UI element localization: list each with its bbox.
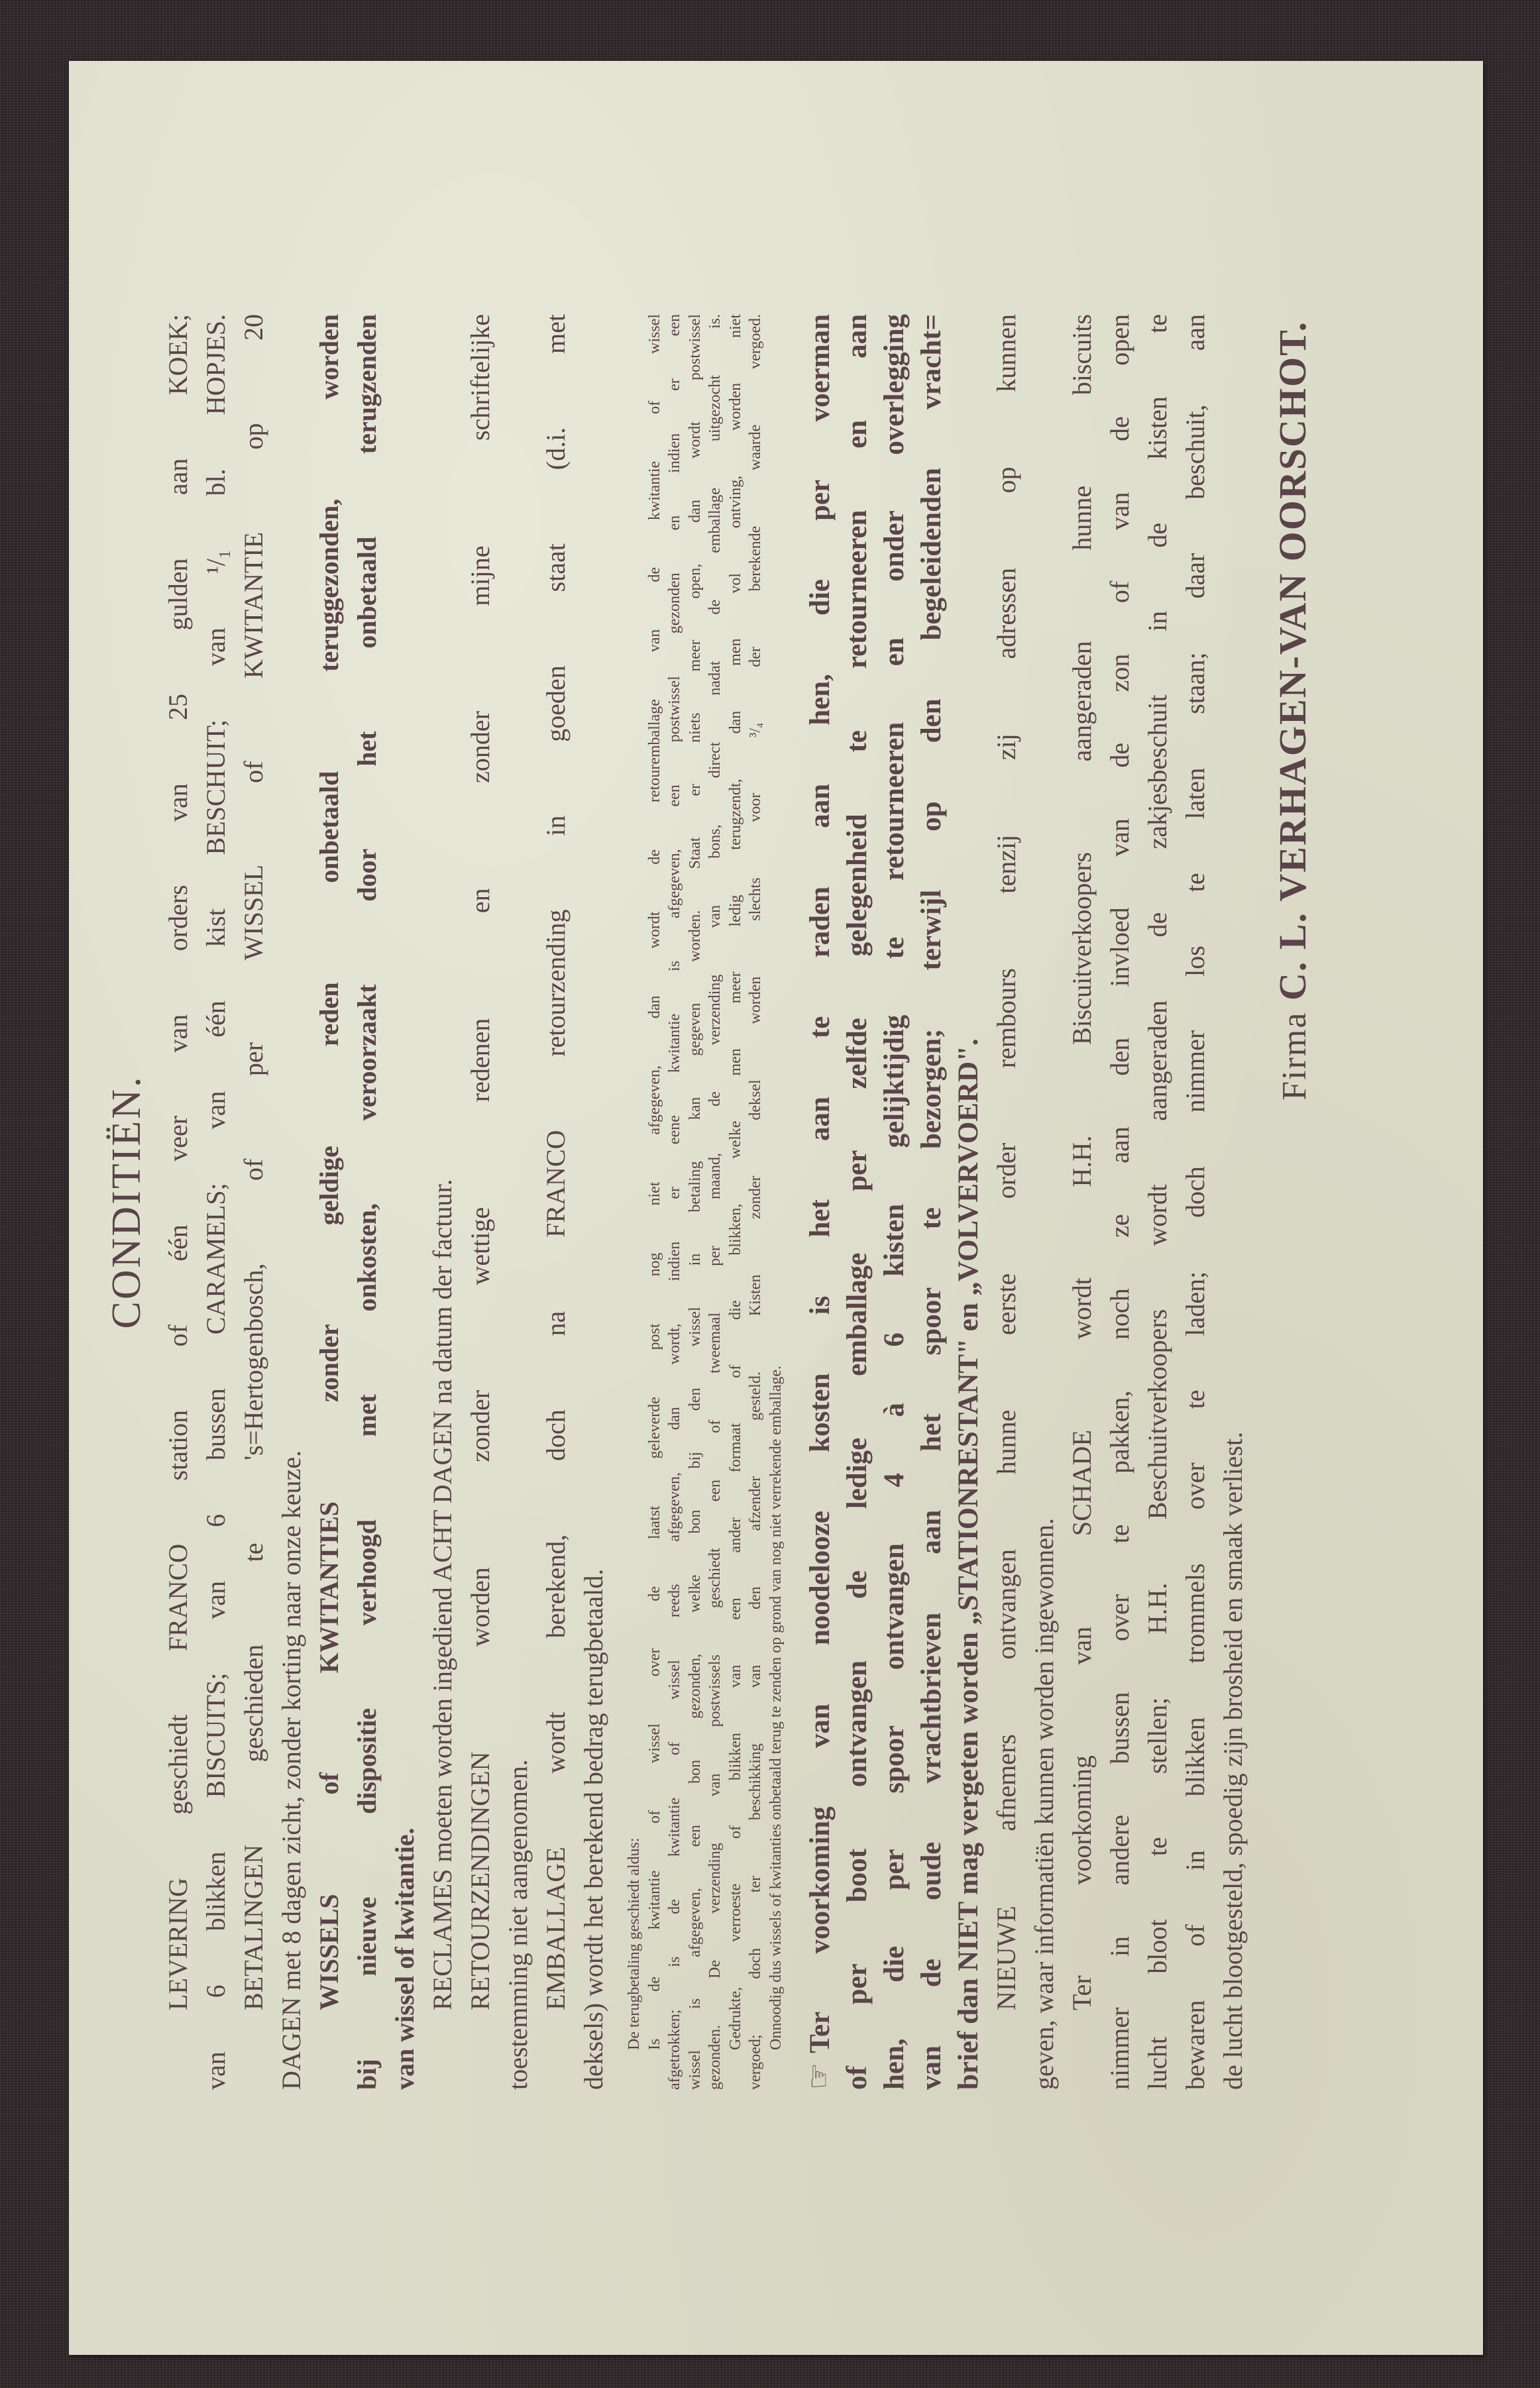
- paragraph-wissels: WISSELS of KWITANTIES zonder geldige red…: [310, 314, 423, 2090]
- text-line: BETALINGEN geschieden te 's=Hertogenbosc…: [235, 314, 272, 2090]
- signature-name: C. L. VERHAGEN-VAN OORSCHOT.: [1271, 321, 1314, 1001]
- text-line: LEVERING geschiedt FRANCO station of één…: [159, 314, 197, 2090]
- text-line: nimmer in andere bussen over te pakken, …: [1101, 314, 1138, 2090]
- signature: Firma C. L. VERHAGEN-VAN OORSCHOT.: [1270, 314, 1315, 2090]
- paragraph-levering: LEVERING geschiedt FRANCO station of één…: [159, 314, 235, 2090]
- text-line: Ter voorkoming van SCHADE wordt H.H. Bis…: [1063, 314, 1101, 2090]
- text-line: brief dan NIET mag vergeten worden „STAT…: [950, 314, 987, 2090]
- text-line: EMBALLAGE wordt berekend, doch na FRANCO…: [537, 314, 575, 2090]
- text-line: van 6 blikken BISCUITS; van 6 bussen CAR…: [197, 314, 235, 2090]
- text-line: toestemming niet aangenomen.: [499, 314, 537, 2090]
- small-text-line: vergoed; doch ter beschikking van den af…: [745, 314, 766, 2090]
- pointing-hand-icon: ☞: [800, 2063, 838, 2090]
- text-line: RETOURZENDINGEN worden zonder wettige re…: [461, 314, 499, 2090]
- text-line: DAGEN met 8 dagen zicht, zonder korting …: [272, 314, 310, 2090]
- text-line: van wissel of kwitantie.: [386, 314, 423, 2090]
- small-text-line: De terugbetaling geschiedt aldus:: [624, 314, 645, 2090]
- paragraph-reclames: RECLAMES moeten worden ingediend ACHT DA…: [423, 314, 461, 2090]
- text-line: geven, waar informatiën kunnen worden in…: [1025, 314, 1063, 2090]
- text-line: van de oude vrachtbrieven aan het spoor …: [913, 314, 950, 2090]
- text-line: of per boot ontvangen de ledige emballag…: [839, 314, 876, 2090]
- paragraph-emballage: EMBALLAGE wordt berekend, doch na FRANCO…: [537, 314, 612, 2090]
- text-line: RECLAMES moeten worden ingediend ACHT DA…: [423, 314, 461, 2090]
- text-line: de lucht blootgesteld, spoedig zijn bros…: [1214, 314, 1252, 2090]
- paragraph-terugbetaling: De terugbetaling geschiedt aldus: Is de …: [624, 314, 786, 2090]
- document-title: CONDITIËN.: [106, 314, 147, 2090]
- paragraph-retourzendingen: RETOURZENDINGEN worden zonder wettige re…: [461, 314, 537, 2090]
- text-line: lucht bloot te stellen; H.H. Beschuitver…: [1138, 314, 1176, 2090]
- paragraph-voorkoming: ☞Ter voorkoming van noodelooze kosten is…: [800, 314, 987, 2090]
- small-text-line: wissel is afgegeven, een bon gezonden, w…: [685, 314, 706, 2090]
- small-text-line: Onnoodig dus wissels of kwitanties onbet…: [766, 314, 787, 2090]
- text-line: NIEUWE afnemers ontvangen hunne eerste o…: [987, 314, 1025, 2090]
- small-text-line: gezonden. De verzending van postwissels …: [705, 314, 726, 2090]
- text-line: Ter voorkoming van noodelooze kosten is …: [804, 314, 836, 2053]
- text-line: WISSELS of KWITANTIES zonder geldige red…: [310, 314, 348, 2090]
- text-line: deksels) wordt het berekend bedrag terug…: [575, 314, 612, 2090]
- signature-firma: Firma: [1276, 1012, 1313, 1101]
- small-text-line: Gedrukte, verroeste of blikken van een a…: [726, 314, 746, 2090]
- text-line: hen, die per spoor ontvangen 4 à 6 kiste…: [876, 314, 913, 2090]
- small-text-line: Is de kwitantie of wissel over de laatst…: [645, 314, 665, 2090]
- text-line: bewaren of in blikken trommels over te l…: [1176, 314, 1214, 2090]
- paragraph-schade: Ter voorkoming van SCHADE wordt H.H. Bis…: [1063, 314, 1252, 2090]
- paragraph-betalingen: BETALINGEN geschieden te 's=Hertogenbosc…: [235, 314, 310, 2090]
- paragraph-nieuwe: NIEUWE afnemers ontvangen hunne eerste o…: [987, 314, 1063, 2090]
- conditions-text: CONDITIËN. LEVERING geschiedt FRANCO sta…: [106, 314, 1315, 2090]
- text-line: bij nieuwe dispositie verhoogd met onkos…: [348, 314, 386, 2090]
- rotated-document: CONDITIËN. LEVERING geschiedt FRANCO sta…: [0, 0, 1540, 2388]
- small-text-line: afgetrokken; is de kwitantie of wissel r…: [665, 314, 685, 2090]
